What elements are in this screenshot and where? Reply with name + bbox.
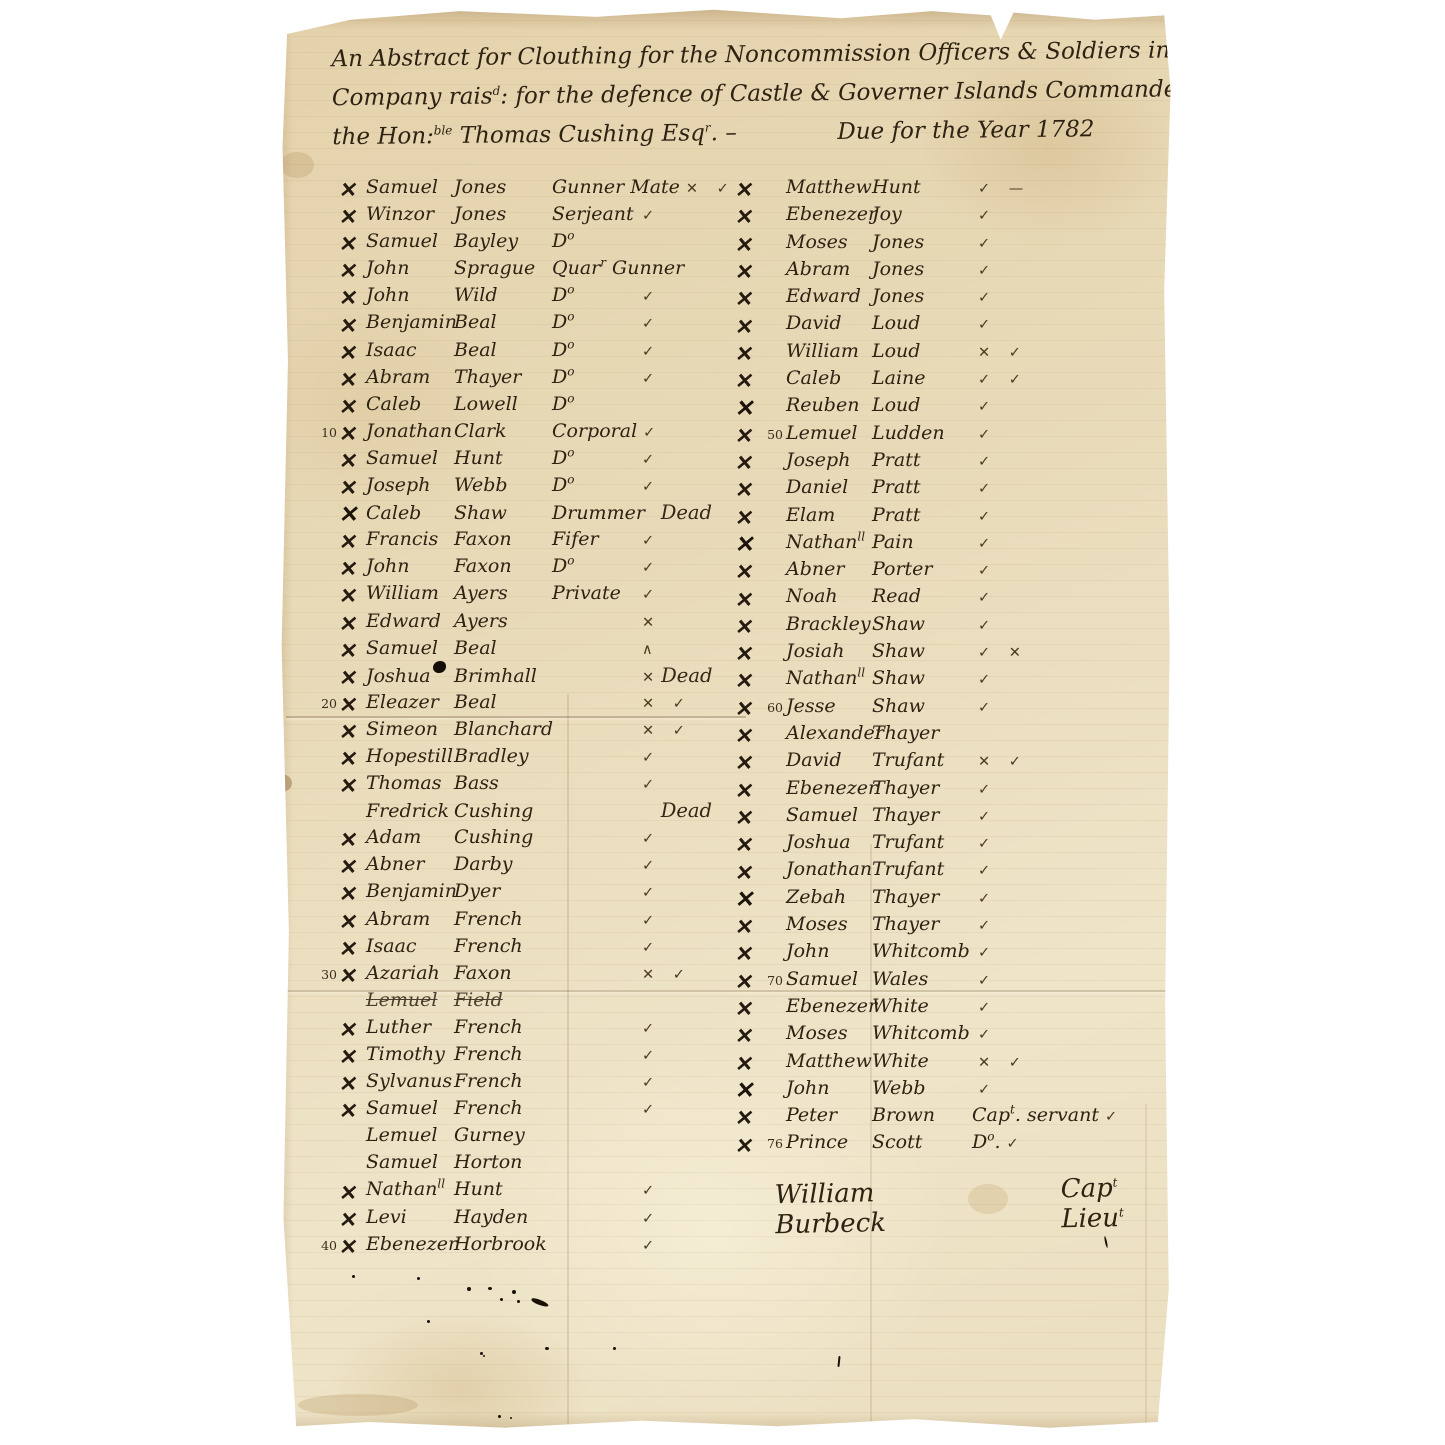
last-name: Field bbox=[454, 989, 552, 1011]
roster-row: ✕BrackleyShaw✓ bbox=[736, 613, 1168, 640]
ink-spatter-dash bbox=[531, 1297, 550, 1308]
first-name: Ebenezer bbox=[786, 995, 872, 1017]
x-mark: ✕ bbox=[338, 423, 368, 444]
x-mark: ✕ bbox=[338, 748, 368, 769]
x-mark: ✕ bbox=[338, 315, 368, 336]
check-marks: ✓ bbox=[642, 1238, 661, 1254]
last-name: French bbox=[454, 1070, 552, 1092]
first-name: Ebenezer bbox=[786, 777, 872, 799]
last-name: Faxon bbox=[454, 962, 552, 984]
last-name: Trufant bbox=[872, 858, 972, 880]
first-name: Abram bbox=[366, 908, 454, 930]
x-mark: ✕ bbox=[338, 1073, 368, 1094]
last-name: Lowell bbox=[454, 393, 552, 415]
last-name: Beal bbox=[454, 637, 552, 659]
rank: Do bbox=[552, 366, 636, 388]
x-mark: ✕ bbox=[734, 1107, 766, 1128]
roster-row: ✕70SamuelWales✓ bbox=[736, 968, 1168, 995]
check-marks: ✓ bbox=[642, 913, 661, 929]
x-mark: ✕ bbox=[338, 558, 368, 579]
check-marks: ✓ bbox=[978, 563, 997, 579]
check-marks: ✓ bbox=[642, 1102, 661, 1118]
check-marks: ✓ bbox=[642, 316, 661, 332]
first-name: Fredrick bbox=[366, 800, 454, 822]
x-mark: ✕ bbox=[734, 425, 766, 446]
check-marks: ✓ bbox=[978, 290, 997, 306]
first-name: Moses bbox=[786, 913, 872, 935]
last-name: Brown bbox=[872, 1104, 972, 1126]
roster-row: ✕AbramJones✓ bbox=[736, 258, 1168, 285]
x-mark: ✕ bbox=[734, 179, 766, 200]
last-name: Sprague bbox=[454, 257, 552, 279]
last-name: Thayer bbox=[872, 913, 972, 935]
rank: Do bbox=[552, 284, 636, 306]
x-mark: ✕ bbox=[338, 694, 368, 715]
roster-row: 30✕AzariahFaxon✕ ✓ bbox=[318, 962, 740, 989]
last-name: Pratt bbox=[872, 504, 972, 526]
roster-row: ✕IsaacFrench✓ bbox=[318, 935, 740, 962]
x-mark: ✕ bbox=[338, 287, 368, 308]
rank: Drummer bbox=[552, 502, 645, 524]
last-name: Horton bbox=[454, 1151, 552, 1173]
roster-row: 10✕JonathanClarkCorporal✓ bbox=[318, 420, 740, 447]
first-name: Abram bbox=[786, 258, 872, 280]
check-marks: ✓ bbox=[643, 425, 662, 441]
last-name: Hunt bbox=[454, 1178, 552, 1200]
roster-row: 40✕EbenezerHorbrook✓ bbox=[318, 1233, 740, 1260]
check-marks: ✓ bbox=[642, 1183, 661, 1199]
last-name: Thayer bbox=[872, 777, 972, 799]
roster-row: LemuelGurney bbox=[318, 1124, 740, 1151]
roster-row: ✕EbenezerWhite✓ bbox=[736, 995, 1168, 1022]
roster-row: ✕SamuelBeal∧ bbox=[318, 637, 740, 664]
first-name: Caleb bbox=[366, 393, 454, 415]
last-name: Dyer bbox=[454, 880, 552, 902]
x-mark: ✕ bbox=[338, 1019, 368, 1040]
row-number: 70 bbox=[764, 973, 786, 988]
roster-row: ✕JosiahShaw✓ ✕ bbox=[736, 640, 1168, 667]
first-name: Samuel bbox=[366, 1151, 454, 1173]
dead-note: Dead bbox=[661, 664, 740, 687]
x-mark: ✕ bbox=[734, 316, 766, 337]
check-marks: ✕ ✓ bbox=[642, 696, 692, 712]
first-name: Moses bbox=[786, 231, 872, 253]
rank: Do bbox=[552, 474, 636, 496]
x-mark: ✕ bbox=[338, 477, 368, 498]
roster-row: ✕DavidTrufant✕ ✓ bbox=[736, 749, 1168, 776]
x-mark: ✕ bbox=[734, 561, 766, 582]
last-name: Pratt bbox=[872, 449, 972, 471]
roster-row: ✕60JesseShaw✓ bbox=[736, 695, 1168, 722]
roster-row: FredrickCushingDead bbox=[318, 799, 740, 826]
last-name: Thayer bbox=[872, 722, 972, 744]
check-marks: ✓ bbox=[978, 236, 997, 252]
x-mark: ✕ bbox=[734, 698, 766, 719]
row-number: 30 bbox=[318, 967, 340, 982]
x-mark: ✕ bbox=[338, 206, 368, 227]
last-name: Webb bbox=[872, 1077, 972, 1099]
check-marks: ✓ bbox=[978, 700, 997, 716]
last-name: Jones bbox=[454, 176, 552, 198]
check-marks: ✓ bbox=[978, 590, 997, 606]
x-mark: ✕ bbox=[734, 1079, 766, 1102]
x-mark: ✕ bbox=[338, 965, 368, 986]
roster-row: 20✕EleazerBeal✕ ✓ bbox=[318, 691, 740, 718]
first-name: Edward bbox=[366, 610, 454, 632]
roster-row: ✕50LemuelLudden✓ bbox=[736, 422, 1168, 449]
check-marks: ∧ bbox=[642, 642, 660, 658]
rank: Corporal bbox=[552, 420, 637, 442]
roster-row: ✕AbnerDarby✓ bbox=[318, 853, 740, 880]
first-name: Edward bbox=[786, 285, 872, 307]
first-name: Peter bbox=[786, 1104, 872, 1126]
x-mark: ✕ bbox=[734, 397, 766, 420]
check-marks: ✓ bbox=[978, 863, 997, 879]
x-mark: ✕ bbox=[338, 640, 368, 661]
rank: Gunner Mate bbox=[552, 176, 680, 198]
check-marks: ✓ bbox=[978, 973, 997, 989]
check-marks: ✓ bbox=[642, 1048, 661, 1064]
roster-row: ✕NathanllHunt✓ bbox=[318, 1178, 740, 1205]
check-marks: ✓ bbox=[642, 452, 661, 468]
last-name: White bbox=[872, 995, 972, 1017]
x-mark: ✕ bbox=[734, 479, 766, 500]
check-marks: ✓ bbox=[978, 891, 997, 907]
ink-spatter-dot bbox=[500, 1298, 503, 1301]
last-name: Cushing bbox=[454, 800, 552, 822]
x-mark: ✕ bbox=[338, 396, 368, 417]
row-number: 20 bbox=[318, 696, 340, 711]
first-name: Matthew bbox=[786, 1050, 872, 1072]
roster-row: ✕CalebLaine✓ ✓ bbox=[736, 367, 1168, 394]
x-mark: ✕ bbox=[338, 503, 368, 526]
roster-row: ✕MatthewHunt✓ — bbox=[736, 176, 1168, 203]
x-mark: ✕ bbox=[734, 370, 766, 391]
last-name: Beal bbox=[454, 339, 552, 361]
roster-row: ✕AbnerPorter✓ bbox=[736, 558, 1168, 585]
check-marks: ✓ ✓ bbox=[978, 372, 1028, 388]
roster-row: ✕JohnWildDo✓ bbox=[318, 284, 740, 311]
first-name: Francis bbox=[366, 528, 454, 550]
last-name: Loud bbox=[872, 394, 972, 416]
last-name: Wild bbox=[454, 284, 552, 306]
roster-row: ✕CalebShawDrummerDead bbox=[318, 501, 740, 528]
roster-row: ✕JoshuaBrimhall✕Dead bbox=[318, 664, 740, 691]
roster-row: ✕IsaacBealDo✓ bbox=[318, 339, 740, 366]
first-name: Winzor bbox=[366, 203, 454, 225]
last-name: Scott bbox=[872, 1131, 972, 1153]
roster-row: ✕SamuelBayleyDo bbox=[318, 230, 740, 257]
check-marks: ✓ bbox=[642, 1021, 661, 1037]
x-mark: ✕ bbox=[734, 670, 766, 691]
x-mark: ✕ bbox=[734, 1135, 766, 1156]
first-name: Samuel bbox=[786, 804, 872, 826]
roster-row: ✕EdwardJones✓ bbox=[736, 285, 1168, 312]
last-name: Clark bbox=[454, 420, 552, 442]
first-name: David bbox=[786, 749, 872, 771]
x-mark: ✕ bbox=[734, 452, 766, 473]
first-name: Nathanll bbox=[366, 1178, 454, 1200]
first-name: Moses bbox=[786, 1022, 872, 1044]
check-marks: ✓ bbox=[1105, 1109, 1124, 1125]
roster-row: SamuelHorton bbox=[318, 1151, 740, 1178]
x-mark: ✕ bbox=[338, 342, 368, 363]
signature-block: William Burbeck Capt Lieut bbox=[774, 1172, 1186, 1241]
last-name: Jones bbox=[872, 258, 972, 280]
paper-stain bbox=[270, 774, 292, 792]
check-marks: ✓ — bbox=[978, 181, 1030, 197]
check-marks: ✓ bbox=[978, 509, 997, 525]
last-name: Faxon bbox=[454, 528, 552, 550]
x-mark: ✕ bbox=[338, 233, 368, 254]
roster-row: ✕HopestillBradley✓ bbox=[318, 745, 740, 772]
first-name: Joseph bbox=[786, 449, 872, 471]
last-name: Blanchard bbox=[454, 718, 552, 740]
last-name: Jones bbox=[872, 231, 972, 253]
roster-row: ✕JohnFaxonDo✓ bbox=[318, 555, 740, 582]
first-name: Abner bbox=[786, 558, 872, 580]
last-name: Darby bbox=[454, 853, 552, 875]
check-marks: ✓ bbox=[978, 836, 997, 852]
check-marks: ✓ bbox=[642, 1075, 661, 1091]
last-name: Ayers bbox=[454, 610, 552, 632]
rank: Do bbox=[552, 447, 636, 469]
x-mark: ✕ bbox=[338, 911, 368, 932]
roster-row: ✕WinzorJonesSerjeant✓ bbox=[318, 203, 740, 230]
check-marks: ✓ bbox=[642, 750, 661, 766]
check-marks: ✓ bbox=[978, 427, 997, 443]
x-mark: ✕ bbox=[338, 829, 368, 850]
dead-note: Dead bbox=[661, 799, 740, 822]
check-marks: ✓ bbox=[642, 479, 661, 495]
check-marks: ✓ bbox=[642, 885, 661, 901]
roster-row: ✕AbramThayerDo✓ bbox=[318, 366, 740, 393]
first-name: Benjamin bbox=[366, 311, 454, 333]
roster-row: ✕TimothyFrench✓ bbox=[318, 1043, 740, 1070]
x-mark: ✕ bbox=[734, 234, 766, 255]
last-name: Porter bbox=[872, 558, 972, 580]
last-name: Shaw bbox=[872, 640, 972, 662]
check-marks: ✓ bbox=[978, 782, 997, 798]
roster-row: ✕AdamCushing✓ bbox=[318, 826, 740, 853]
ink-spatter-dot bbox=[417, 1277, 420, 1280]
roster-row: ✕MosesWhitcomb✓ bbox=[736, 1022, 1168, 1049]
row-number: 40 bbox=[318, 1238, 340, 1253]
last-name: French bbox=[454, 1043, 552, 1065]
last-name: Bayley bbox=[454, 230, 552, 252]
last-name: Trufant bbox=[872, 831, 972, 853]
x-mark: ✕ bbox=[734, 1025, 766, 1046]
ink-spatter-dot bbox=[488, 1287, 492, 1290]
roster-row: ✕PeterBrownCapt. servant✓ bbox=[736, 1104, 1168, 1131]
rank: Capt. servant bbox=[972, 1104, 1099, 1126]
roster-row: ✕JosephWebbDo✓ bbox=[318, 474, 740, 501]
last-name: Whitcomb bbox=[872, 1022, 972, 1044]
x-mark: ✕ bbox=[338, 667, 368, 688]
first-name: Caleb bbox=[786, 367, 872, 389]
x-mark: ✕ bbox=[734, 752, 766, 773]
roster-row: LemuelField bbox=[318, 989, 740, 1016]
first-name: Prince bbox=[786, 1131, 872, 1153]
check-marks: ✓ bbox=[978, 618, 997, 634]
last-name: Pratt bbox=[872, 476, 972, 498]
roster-row: ✕ElamPratt✓ bbox=[736, 504, 1168, 531]
last-name: Webb bbox=[454, 474, 552, 496]
roster-row: ✕ReubenLoud✓ bbox=[736, 394, 1168, 421]
last-name: Ludden bbox=[872, 422, 972, 444]
check-marks: ✓ bbox=[642, 560, 661, 576]
first-name: Timothy bbox=[366, 1043, 454, 1065]
first-name: Jonathan bbox=[366, 420, 454, 442]
x-mark: ✕ bbox=[338, 721, 368, 742]
last-name: Jones bbox=[872, 285, 972, 307]
check-marks: ✓ bbox=[978, 481, 997, 497]
check-marks: ✕ ✓ bbox=[978, 754, 1028, 770]
first-name: Thomas bbox=[366, 772, 454, 794]
rank: Do bbox=[552, 230, 636, 252]
first-name: Hopestill bbox=[366, 745, 454, 767]
check-marks: ✓ bbox=[1007, 1136, 1026, 1152]
x-mark: ✕ bbox=[734, 725, 766, 746]
check-marks: ✓ ✕ bbox=[978, 645, 1028, 661]
last-name: Pain bbox=[872, 531, 972, 553]
last-name: French bbox=[454, 1016, 552, 1038]
first-name: John bbox=[786, 940, 872, 962]
first-name: Adam bbox=[366, 826, 454, 848]
last-name: Gurney bbox=[454, 1124, 552, 1146]
check-marks: ✓ bbox=[642, 587, 661, 603]
x-mark: ✕ bbox=[338, 938, 368, 959]
first-name: John bbox=[366, 555, 454, 577]
first-name: Simeon bbox=[366, 718, 454, 740]
roster-row: ✕MosesJones✓ bbox=[736, 231, 1168, 258]
roster-row: ✕ThomasBass✓ bbox=[318, 772, 740, 799]
roster-row: ✕EdwardAyers✕ bbox=[318, 610, 740, 637]
x-mark: ✕ bbox=[338, 856, 368, 877]
roster-row: ✕DanielPratt✓ bbox=[736, 476, 1168, 503]
ink-spatter-dot bbox=[512, 1290, 516, 1294]
x-mark: ✕ bbox=[734, 862, 766, 883]
rank: Do. bbox=[972, 1131, 1001, 1153]
x-mark: ✕ bbox=[338, 179, 368, 200]
x-mark: ✕ bbox=[734, 288, 766, 309]
first-name: Samuel bbox=[786, 968, 872, 990]
last-name: Shaw bbox=[872, 613, 972, 635]
x-mark: ✕ bbox=[734, 943, 766, 964]
first-name: Sylvanus bbox=[366, 1070, 454, 1092]
x-mark: ✕ bbox=[338, 775, 368, 796]
x-mark: ✕ bbox=[734, 343, 766, 364]
first-name: Lemuel bbox=[366, 989, 454, 1011]
x-mark: ✕ bbox=[338, 613, 368, 634]
check-marks: ✓ bbox=[978, 208, 997, 224]
check-marks: ✓ bbox=[978, 945, 997, 961]
last-name: French bbox=[454, 935, 552, 957]
first-name: Nathanll bbox=[786, 531, 872, 553]
first-name: Eleazer bbox=[366, 691, 454, 713]
check-marks: ✓ bbox=[978, 399, 997, 415]
last-name: Hunt bbox=[454, 447, 552, 469]
check-marks: ✓ bbox=[642, 1211, 661, 1227]
x-mark: ✕ bbox=[338, 450, 368, 471]
last-name: Hunt bbox=[872, 176, 972, 198]
first-name: Luther bbox=[366, 1016, 454, 1038]
first-name: Noah bbox=[786, 585, 872, 607]
check-marks: ✕ ✓ bbox=[642, 967, 692, 983]
document-header: An Abstract for Clouthing for the Noncom… bbox=[331, 38, 1142, 163]
check-marks: ✓ bbox=[978, 1082, 997, 1098]
last-name: French bbox=[454, 1097, 552, 1119]
last-name: Beal bbox=[454, 311, 552, 333]
last-name: Ayers bbox=[454, 582, 552, 604]
roster-row: ✕AbramFrench✓ bbox=[318, 908, 740, 935]
last-name: Beal bbox=[454, 691, 552, 713]
last-name: Loud bbox=[872, 340, 972, 362]
ink-spatter-dot bbox=[510, 1417, 512, 1419]
x-mark: ✕ bbox=[734, 888, 766, 911]
roster-row: ✕WilliamLoud✕ ✓ bbox=[736, 340, 1168, 367]
check-marks: ✓ bbox=[642, 344, 661, 360]
roster-row: ✕EbenezerJoy✓ bbox=[736, 203, 1168, 230]
x-mark: ✕ bbox=[734, 1053, 766, 1074]
roster-row: ✕BenjaminBealDo✓ bbox=[318, 311, 740, 338]
roster-row: ✕JohnWhitcomb✓ bbox=[736, 940, 1168, 967]
x-mark: ✕ bbox=[734, 916, 766, 937]
paper-stain bbox=[298, 1394, 418, 1416]
first-name: Isaac bbox=[366, 935, 454, 957]
ink-spatter-dot bbox=[517, 1300, 520, 1303]
manuscript-page: An Abstract for Clouthing for the Noncom… bbox=[278, 4, 1186, 1432]
rank: Do bbox=[552, 555, 636, 577]
first-name: Samuel bbox=[366, 230, 454, 252]
first-name: Joshua bbox=[786, 831, 872, 853]
first-name: Samuel bbox=[366, 637, 454, 659]
check-marks: ✕ ✓ bbox=[686, 181, 736, 197]
ink-spatter-dot bbox=[613, 1347, 616, 1350]
x-mark: ✕ bbox=[338, 1046, 368, 1067]
check-marks: ✓ bbox=[642, 289, 661, 305]
first-name: Matthew bbox=[786, 176, 872, 198]
roster-row: ✕DavidLoud✓ bbox=[736, 312, 1168, 339]
row-number: 76 bbox=[764, 1136, 786, 1151]
roster-row: ✕NathanllPain✓ bbox=[736, 531, 1168, 558]
first-name: Caleb bbox=[366, 502, 454, 524]
x-mark: ✕ bbox=[734, 589, 766, 610]
check-marks: ✓ bbox=[642, 858, 661, 874]
check-marks: ✓ bbox=[642, 533, 661, 549]
roster-column-right: ✕MatthewHunt✓ —✕EbenezerJoy✓✕MosesJones✓… bbox=[736, 176, 1168, 1159]
check-marks: ✓ bbox=[642, 940, 661, 956]
x-mark: ✕ bbox=[338, 585, 368, 606]
ink-tick-mark bbox=[1104, 1236, 1108, 1248]
row-number: 50 bbox=[764, 427, 786, 442]
roster-row: ✕SamuelHuntDo✓ bbox=[318, 447, 740, 474]
x-mark: ✕ bbox=[734, 643, 766, 664]
check-marks: ✕ ✓ bbox=[642, 723, 692, 739]
roster-row: ✕JosephPratt✓ bbox=[736, 449, 1168, 476]
x-mark: ✕ bbox=[734, 261, 766, 282]
check-marks: ✕ bbox=[642, 670, 661, 686]
paper-stain bbox=[280, 152, 314, 178]
check-marks: ✓ bbox=[642, 831, 661, 847]
first-name: Levi bbox=[366, 1206, 454, 1228]
first-name: Jesse bbox=[786, 695, 872, 717]
x-mark: ✕ bbox=[338, 1209, 368, 1230]
last-name: Faxon bbox=[454, 555, 552, 577]
signature-name: William Burbeck bbox=[774, 1176, 989, 1240]
check-marks: ✓ bbox=[978, 263, 997, 279]
ink-spatter-dot bbox=[427, 1320, 430, 1323]
